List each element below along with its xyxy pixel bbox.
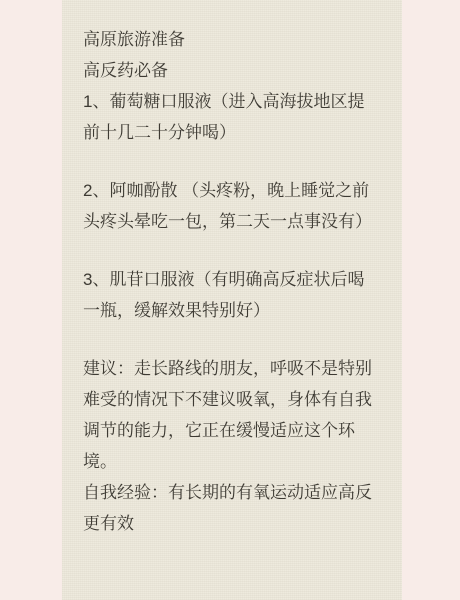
medicine-item-1: 1、葡萄糖口服液（进入高海拔地区提前十几二十分钟喝） (83, 86, 379, 148)
medicine-item-2: 2、阿咖酚散 （头疼粉，晚上睡觉之前头疼头晕吃一包，第二天一点事没有） (83, 175, 379, 237)
experience-paragraph: 自我经验：有长期的有氧运动适应高反更有效 (83, 477, 379, 539)
section-heading: 高反药必备 (83, 55, 379, 86)
note-content: 高原旅游准备 高反药必备 1、葡萄糖口服液（进入高海拔地区提前十几二十分钟喝） … (62, 0, 402, 539)
advice-paragraph: 建议：走长路线的朋友，呼吸不是特别难受的情况下不建议吸氧，身体有自我调节的能力，… (83, 353, 379, 477)
note-card: 高原旅游准备 高反药必备 1、葡萄糖口服液（进入高海拔地区提前十几二十分钟喝） … (62, 0, 402, 600)
note-title: 高原旅游准备 (83, 24, 379, 55)
medicine-item-3: 3、肌苷口服液（有明确高反症状后喝一瓶，缓解效果特别好） (83, 264, 379, 326)
